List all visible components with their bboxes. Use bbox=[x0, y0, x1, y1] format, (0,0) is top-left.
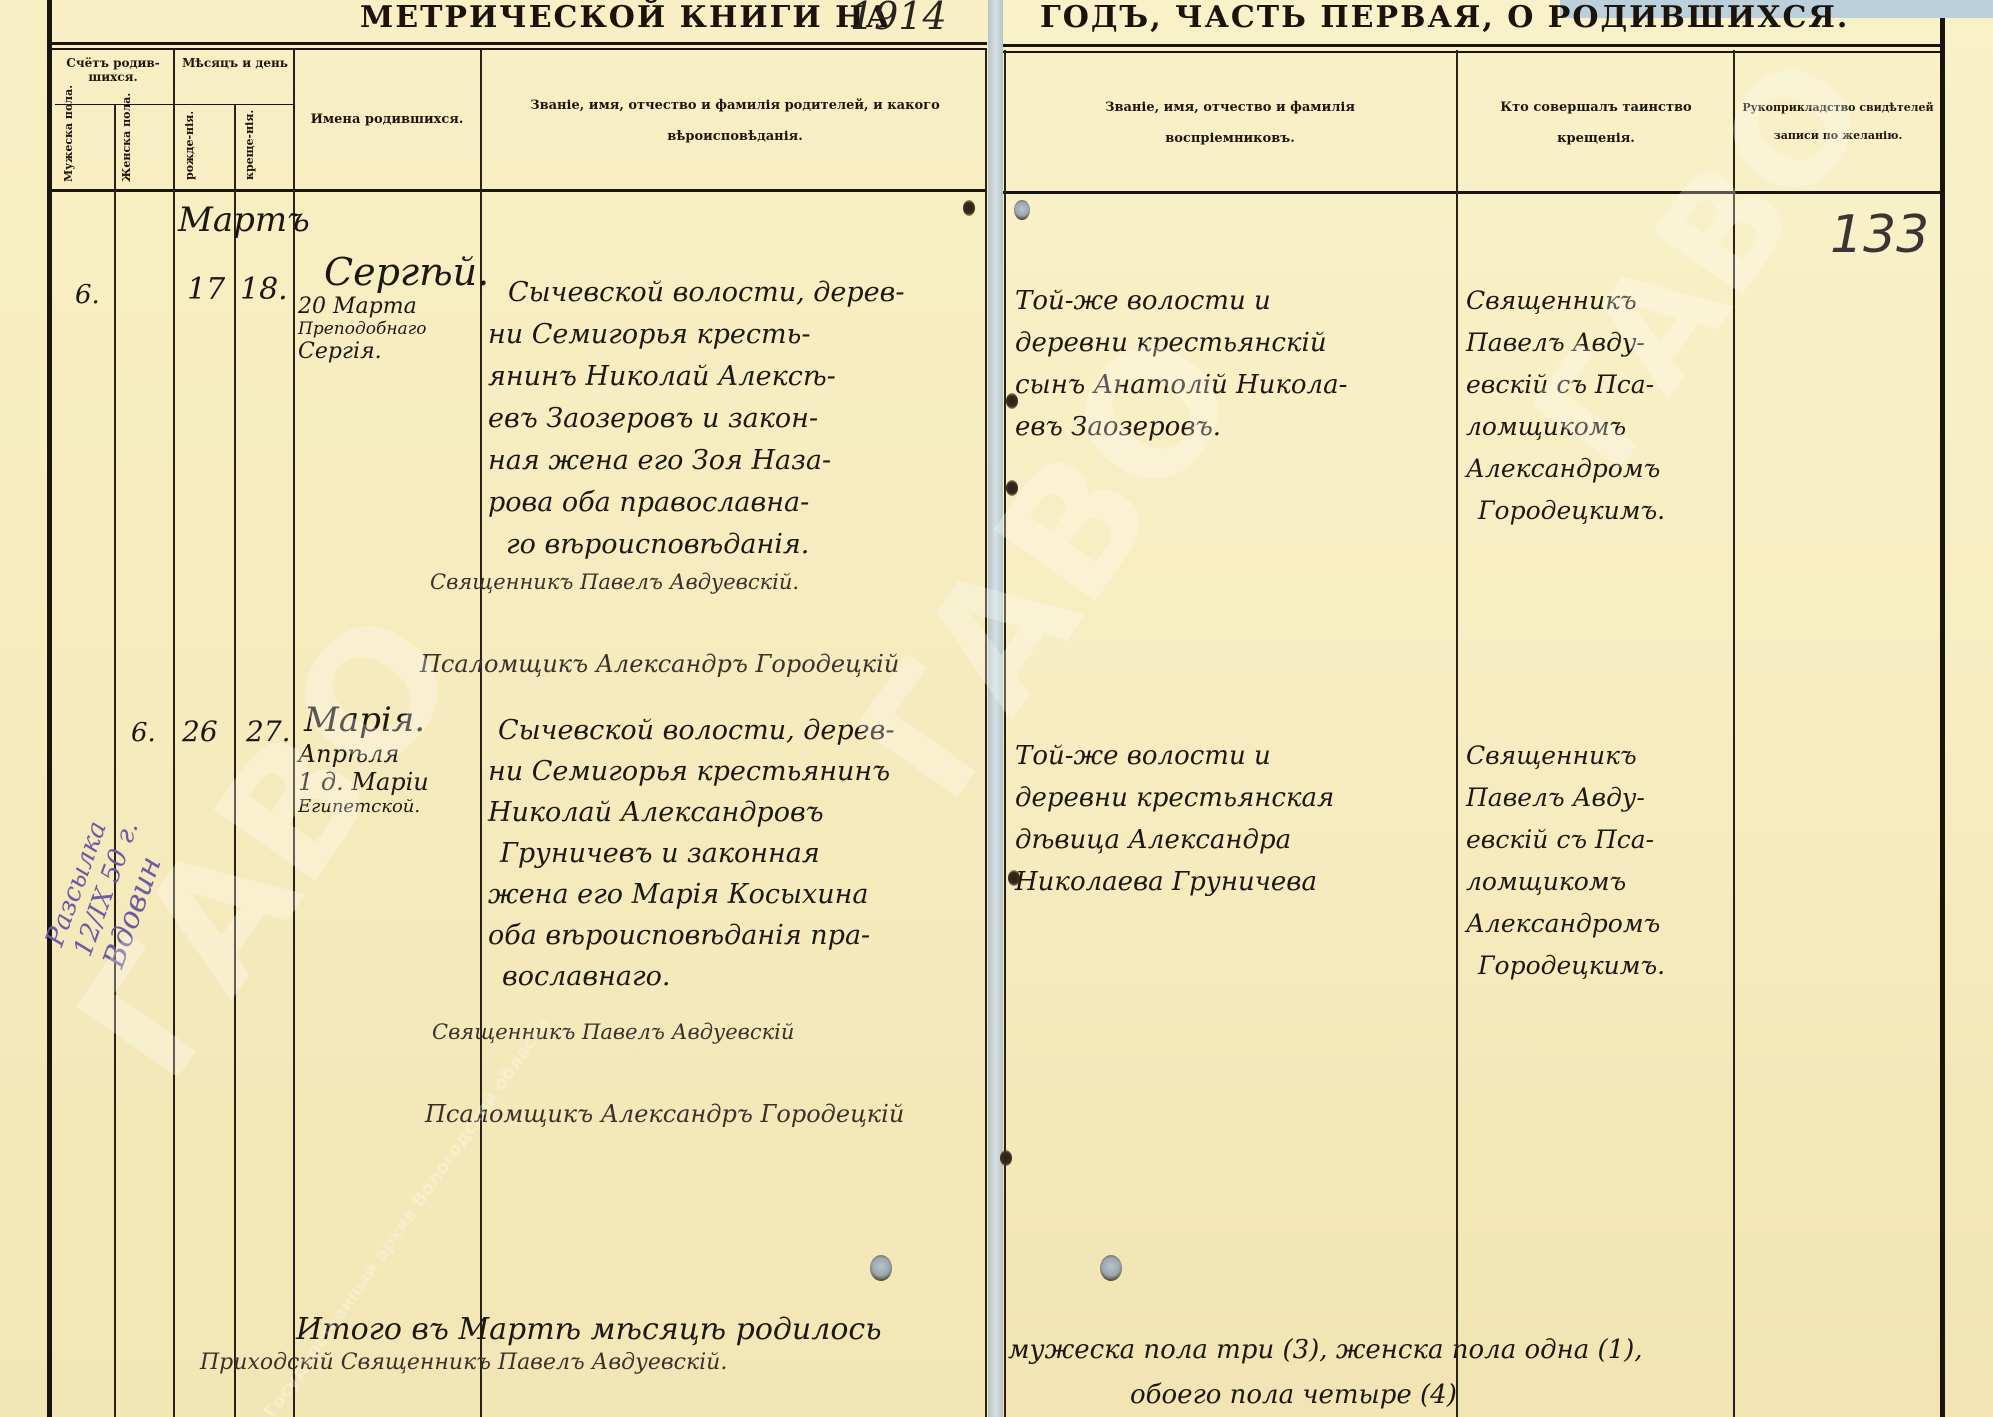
record-godparents: Той-же волости и деревни крестьянскій сы… bbox=[1015, 280, 1455, 448]
record-name-line: Апрѣля bbox=[298, 740, 478, 768]
binding-hole bbox=[963, 200, 975, 216]
record-name: Марія. Апрѣля 1 д. Маріи Египетской. bbox=[298, 700, 478, 817]
record-name-line: 1 д. Маріи bbox=[298, 768, 478, 796]
record-name-line: Преподобнаго bbox=[298, 319, 478, 339]
parents-line: ни Семигорья крестьянинъ bbox=[488, 751, 983, 792]
godparents-line: евъ Заозеровъ. bbox=[1015, 406, 1455, 448]
header-top-rule-2 bbox=[52, 48, 987, 50]
header-names: Имена родившихся. bbox=[296, 112, 478, 128]
summary-right-2: обоего пола четыре (4) bbox=[1130, 1380, 1457, 1410]
parents-line: ная жена его Зоя Наза- bbox=[488, 440, 983, 482]
title-right: ГОДЪ, ЧАСТЬ ПЕРВАЯ, О РОДИВШИХСЯ. bbox=[1040, 0, 1849, 35]
col-line-6 bbox=[1456, 50, 1458, 1417]
record-parents: Сычевской волости, дерев- ни Семигорья к… bbox=[488, 272, 983, 566]
officiant-line: евскій съ Пса- bbox=[1466, 364, 1731, 406]
godparents-line: деревни крестьянская bbox=[1015, 777, 1455, 819]
record-godparents: Той-же волости и деревни крестьянская дѣ… bbox=[1015, 735, 1455, 903]
page-number: 133 bbox=[1830, 205, 1929, 265]
record-name-line: Марія. bbox=[304, 700, 484, 740]
parents-line: ни Семигорья кресть- bbox=[488, 314, 983, 356]
header-count-female: Женска пола. bbox=[120, 104, 134, 182]
month-label: Мартъ bbox=[178, 200, 310, 240]
parents-line: Сычевской волости, дерев- bbox=[508, 272, 1003, 314]
record-name-line: 20 Марта bbox=[298, 294, 478, 319]
parents-line: Сычевской волости, дерев- bbox=[498, 710, 993, 751]
parents-line: го вѣроисповѣданія. bbox=[506, 524, 1001, 566]
header-godparents: Званіе, имя, отчество и фамилія воспріем… bbox=[1040, 92, 1420, 154]
officiant-line: Городецкимъ. bbox=[1478, 490, 1743, 532]
parents-line: Николай Александровъ bbox=[488, 792, 983, 833]
col-line-3 bbox=[234, 104, 236, 1417]
header-witnesses: Рукоприкладство свидѣтелей записи по жел… bbox=[1738, 94, 1938, 149]
officiant-line: Священникъ bbox=[1466, 735, 1731, 777]
header-top-rule-right bbox=[1003, 44, 1941, 47]
header-date-baptism: креще-нія. bbox=[243, 106, 257, 180]
col-line-4 bbox=[293, 50, 295, 1417]
godparents-line: сынъ Анатолій Никола- bbox=[1015, 364, 1455, 406]
book-gutter bbox=[988, 0, 1003, 1417]
left-border bbox=[47, 0, 52, 1417]
year-handwritten: 1914 bbox=[850, 0, 947, 38]
officiant-line: ломщикомъ bbox=[1466, 406, 1731, 448]
binding-hole bbox=[1000, 1150, 1012, 1166]
record-officiant: Священникъ Павелъ Авду- евскій съ Пса- л… bbox=[1466, 280, 1731, 532]
binding-hole bbox=[1014, 200, 1030, 220]
parents-line: рова оба православна- bbox=[488, 482, 983, 524]
godparents-line: деревни крестьянскій bbox=[1015, 322, 1455, 364]
godparents-line: Николаева Груничева bbox=[1015, 861, 1455, 903]
header-count-male: Мужеска пола. bbox=[62, 104, 76, 182]
binding-hole bbox=[870, 1255, 892, 1281]
summary-right-1: мужеска пола три (3), женска пола одна (… bbox=[1008, 1335, 1643, 1365]
binding-hole bbox=[1006, 393, 1018, 409]
officiant-line: ломщикомъ bbox=[1466, 861, 1731, 903]
header-bottom-rule bbox=[52, 189, 987, 192]
binding-hole bbox=[1008, 870, 1020, 886]
parents-line: вославнаго. bbox=[502, 956, 997, 997]
record-male-count: 6. bbox=[75, 280, 100, 310]
record-parents: Сычевской волости, дерев- ни Семигорья к… bbox=[488, 710, 983, 997]
parents-line: янинъ Николай Алексѣ- bbox=[488, 356, 983, 398]
officiant-line: Священникъ bbox=[1466, 280, 1731, 322]
officiant-line: Александромъ bbox=[1466, 903, 1731, 945]
parents-line: жена его Марія Косыхина bbox=[488, 874, 983, 915]
officiant-line: Александромъ bbox=[1466, 448, 1731, 490]
godparents-line: Той-же волости и bbox=[1015, 735, 1455, 777]
summary-signature: Приходскій Священникъ Павелъ Авдуевскій. bbox=[200, 1350, 727, 1375]
parents-line: оба вѣроисповѣданія пра- bbox=[488, 915, 983, 956]
record-name-line: Сергія. bbox=[298, 339, 478, 364]
signature-psalmist: Псаломщикъ Александръ Городецкій bbox=[420, 650, 899, 678]
signature-priest: Священникъ Павелъ Авдуевскій. bbox=[430, 570, 799, 594]
header-officiant: Кто совершалъ таинство крещенія. bbox=[1466, 92, 1726, 154]
officiant-line: Павелъ Авду- bbox=[1466, 777, 1731, 819]
header-top-rule bbox=[52, 42, 987, 45]
signature-priest: Священникъ Павелъ Авдуевскій bbox=[432, 1020, 794, 1044]
record-name-line: Египетской. bbox=[298, 796, 478, 817]
record-baptism-day: 27. bbox=[246, 715, 291, 748]
col-line-2 bbox=[173, 50, 175, 1417]
binding-hole bbox=[1006, 480, 1018, 496]
binding-hole bbox=[1100, 1255, 1122, 1281]
record-female-count: 6. bbox=[131, 718, 156, 748]
officiant-line: Павелъ Авду- bbox=[1466, 322, 1731, 364]
header-parents: Званіе, имя, отчество и фамилія родителе… bbox=[500, 90, 970, 152]
record-birth-day: 26 bbox=[182, 715, 218, 748]
parents-line: Груничевъ и законная bbox=[500, 833, 995, 874]
right-page-inner-border bbox=[1004, 50, 1006, 1417]
signature-psalmist: Псаломщикъ Александръ Городецкій bbox=[425, 1100, 904, 1128]
title-left: МЕТРИЧЕСКОЙ КНИГИ НА bbox=[360, 0, 892, 35]
header-bottom-rule-right bbox=[1003, 191, 1941, 194]
left-page bbox=[0, 0, 988, 1417]
godparents-line: дѣвица Александра bbox=[1015, 819, 1455, 861]
col-line-7 bbox=[1733, 50, 1735, 1417]
officiant-line: евскій съ Пса- bbox=[1466, 819, 1731, 861]
record-baptism-day: 18. bbox=[240, 272, 288, 307]
record-officiant: Священникъ Павелъ Авду- евскій съ Пса- л… bbox=[1466, 735, 1731, 987]
col-line-1 bbox=[114, 104, 116, 1417]
header-date-birth: рожде-нія. bbox=[183, 106, 197, 180]
record-name: Сергѣй. 20 Марта Преподобнаго Сергія. bbox=[298, 250, 478, 364]
officiant-line: Городецкимъ. bbox=[1478, 945, 1743, 987]
right-border bbox=[1940, 18, 1945, 1417]
summary-left: Итого въ Мартѣ мѣсяцѣ родилось bbox=[296, 1312, 882, 1347]
record-name-line: Сергѣй. bbox=[324, 250, 504, 294]
record-birth-day: 17 bbox=[187, 272, 225, 307]
header-top-rule-right-2 bbox=[1003, 51, 1941, 53]
header-count-group: Счётъ родив-шихся. bbox=[55, 56, 171, 85]
header-date-group: Мѣсяцъ и день bbox=[178, 56, 292, 70]
godparents-line: Той-же волости и bbox=[1015, 280, 1455, 322]
parents-line: евъ Заозеровъ и закон- bbox=[488, 398, 983, 440]
